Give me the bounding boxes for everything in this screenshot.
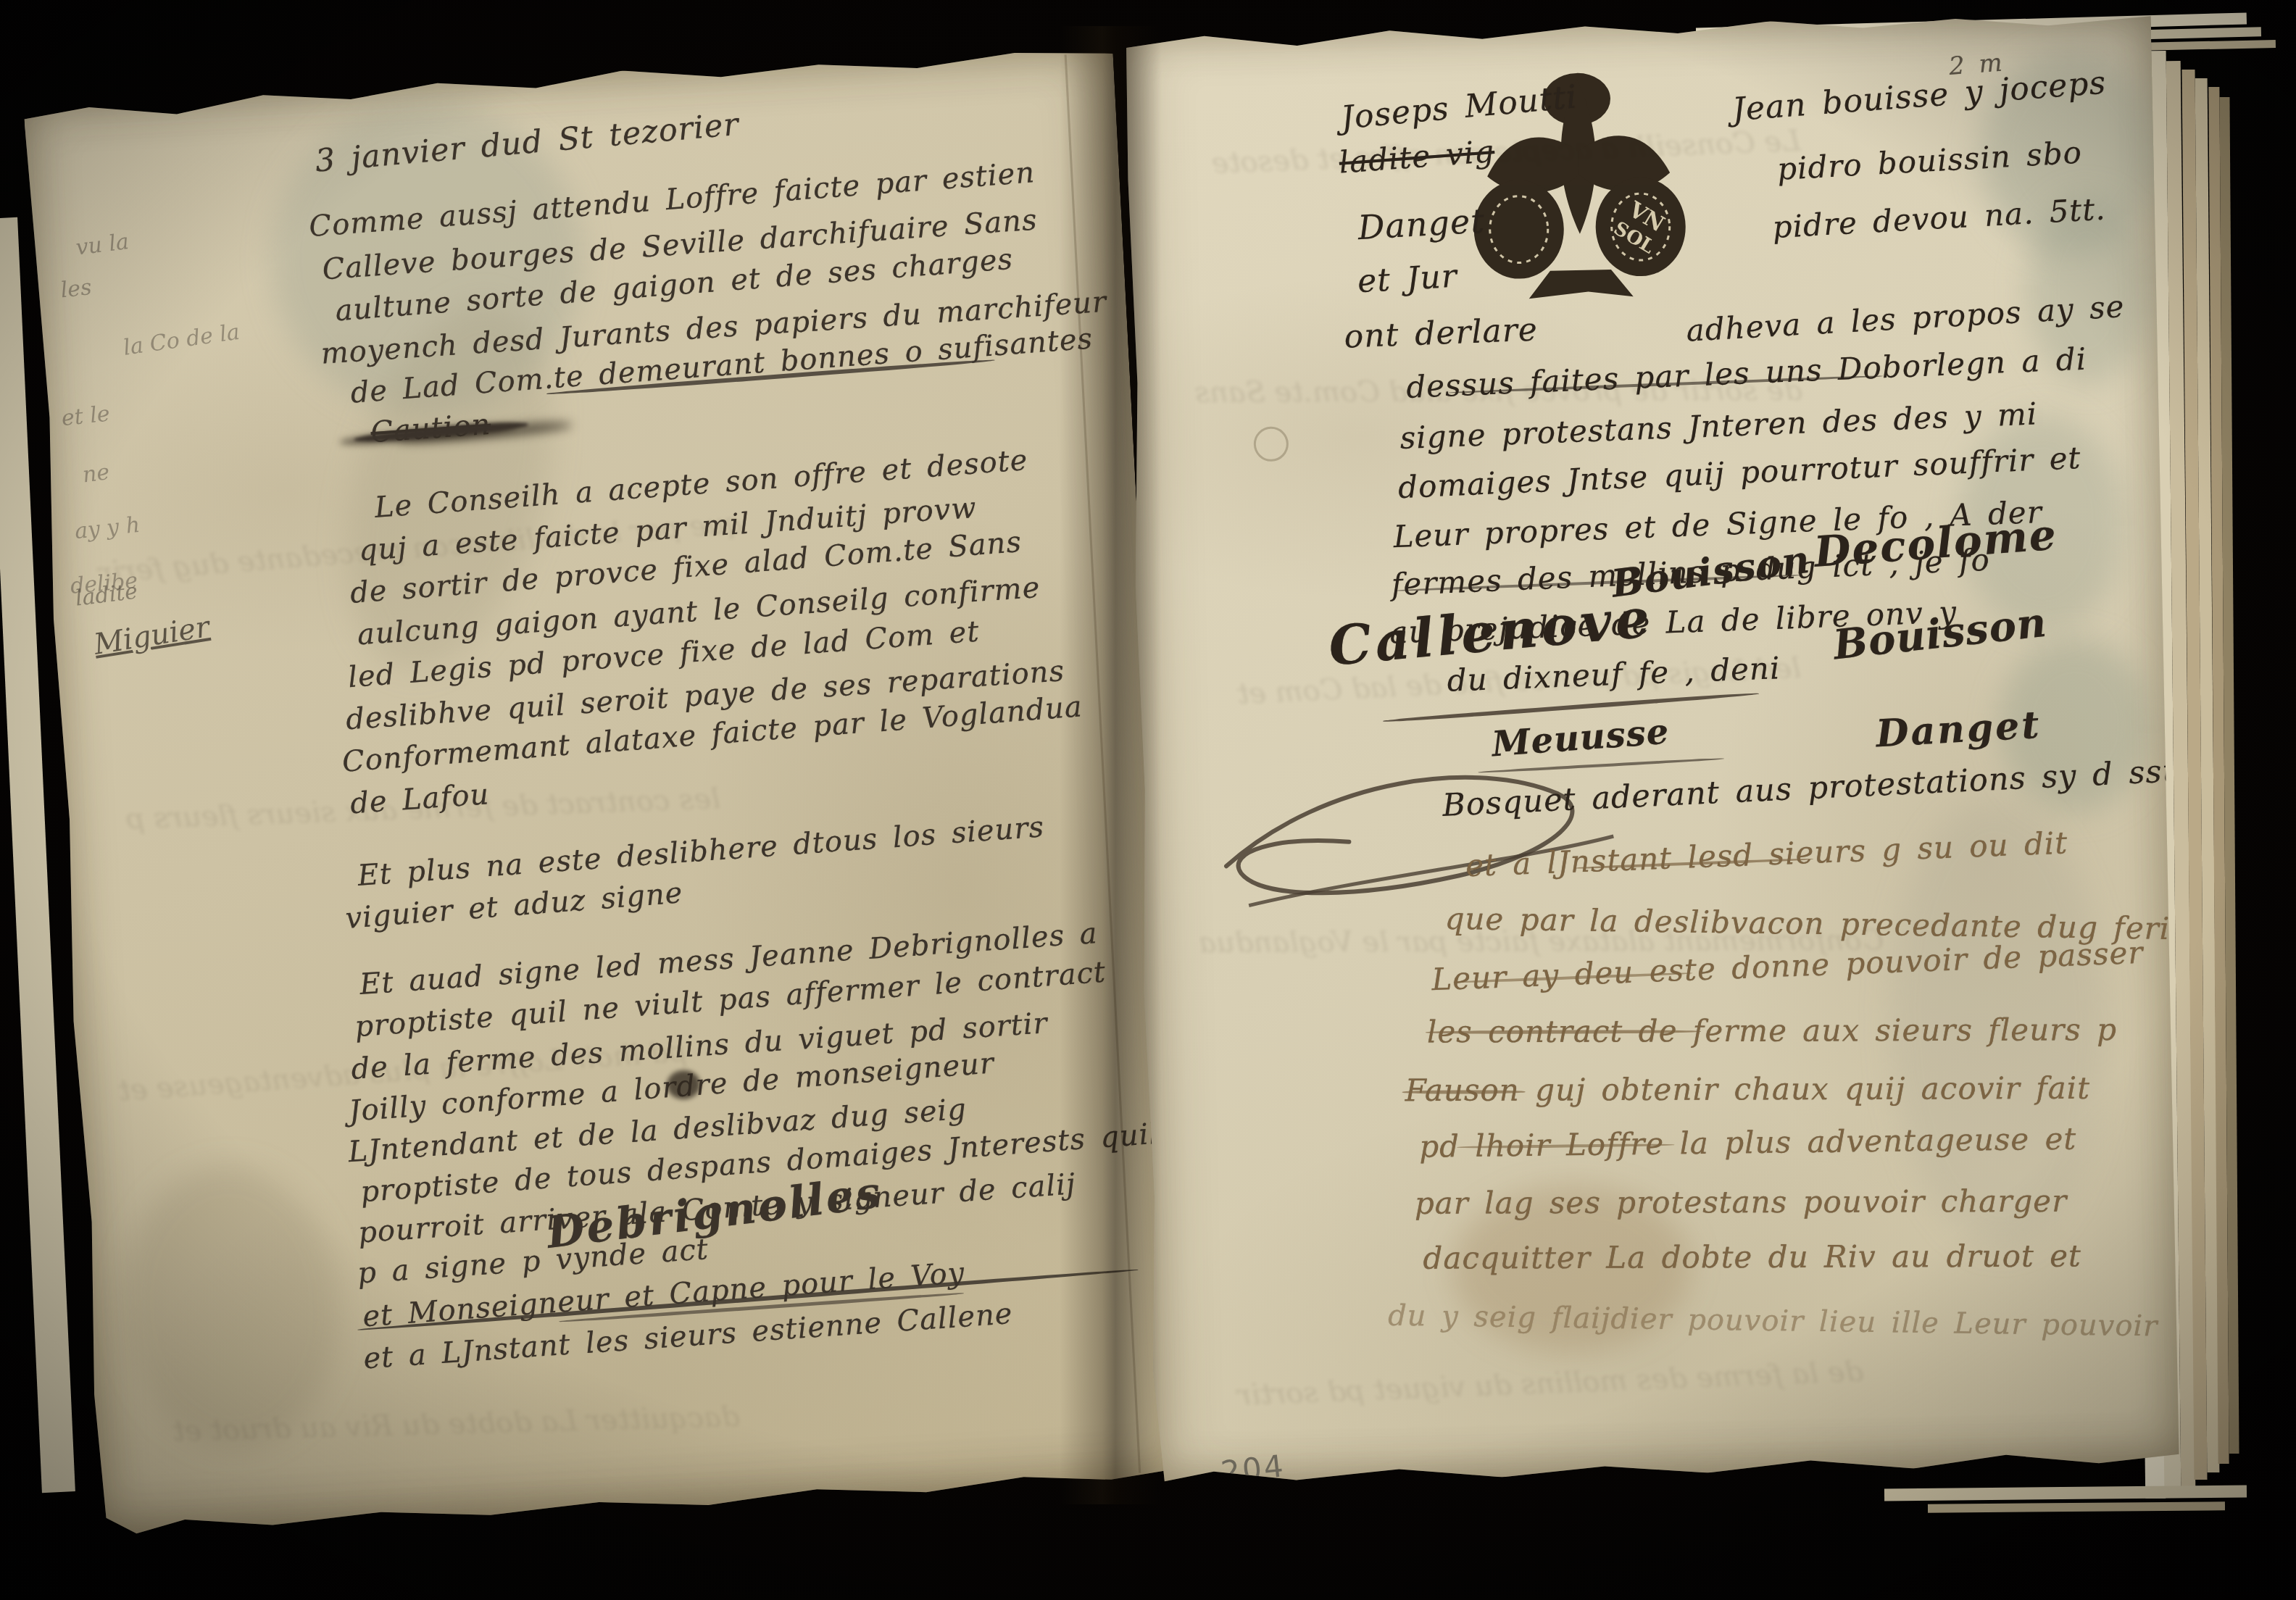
page-edge [1928, 1501, 2225, 1513]
manuscript-line: Leur ay deu este donne pouvoir de passer [1431, 935, 2144, 998]
manuscript-line: Fauson guj obtenir chaux quij acovir fai… [1405, 1070, 2091, 1108]
manuscript-line: dessus faites par les uns Doborlegn a di [1405, 341, 2087, 405]
manuscript-photo: que par la deslibvacon precedante dug fe… [0, 0, 2296, 1600]
margin-note: Miguier [91, 610, 212, 662]
signature: Danget [1875, 703, 2042, 757]
bleedthrough-line: dacquitter La dobte du Riv au druot et [172, 1400, 740, 1448]
manuscript-line: dacquitter La dobte du Riv au druot et [1423, 1238, 2081, 1275]
manuscript-line: Jean bouisse y joceps [1731, 64, 2107, 129]
manuscript-line: par lag ses protestans pouvoir charger [1415, 1183, 2068, 1221]
manuscript-line: pidro bouissin sbo [1776, 135, 2083, 187]
manuscript-line: pd lhoir Loffre la plus adventageuse et [1419, 1121, 2077, 1164]
page-edge [1884, 1485, 2247, 1501]
paper-stain [115, 1159, 347, 1453]
right-page: Le Conseilh a acepte son offre et desote… [1122, 13, 2181, 1487]
manuscript-line: de Lafou [349, 778, 491, 820]
page-number: 204 [1219, 1448, 1287, 1490]
manuscript-line: ont derlare [1344, 311, 1539, 355]
manuscript-line: du y seig flaijdier pouvoir lieu ille Le… [1388, 1299, 2158, 1343]
margin-note: la Co de la [122, 320, 241, 361]
margin-note: ay y h [73, 512, 141, 544]
bleedthrough-line: de la ferme des mollins du viguet pd sor… [1237, 1354, 1864, 1412]
fold-line [1065, 54, 1141, 1472]
margin-note: vu la [75, 229, 130, 261]
manuscript-line: Et plus na este deslibhere dtous los sie… [357, 810, 1045, 893]
margin-note: les [59, 275, 93, 303]
manuscript-line: et Jur [1357, 258, 1458, 301]
manuscript-line: pidre devou na. 5tt. [1771, 191, 2106, 246]
margin-note: et le [60, 401, 111, 431]
signature-paraph [1217, 749, 1626, 925]
manuscript-line: adheva a les propos ay se [1685, 288, 2125, 349]
manuscript-heading: 3 janvier dud St tezorier [314, 107, 741, 180]
left-page: que par la deslibvacon precedante dug fe… [23, 45, 1188, 1538]
fold-mark [1253, 426, 1289, 462]
manuscript-line: Danget [1357, 201, 1486, 248]
margin-note: ne [81, 459, 111, 488]
